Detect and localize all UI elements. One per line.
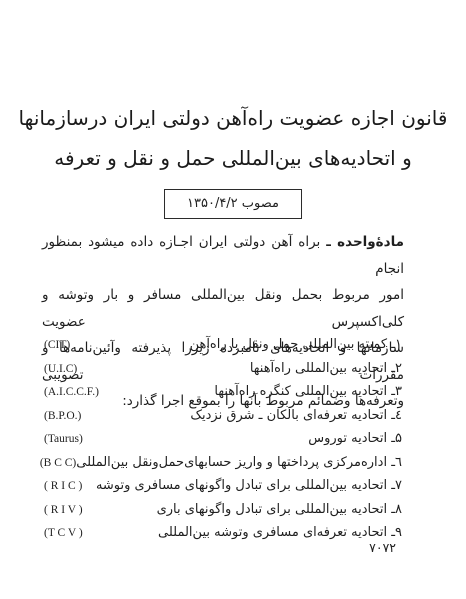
org-row: ۱ـ کمیته بین‌المللی حمل ونقل با راه‌آهن …	[44, 333, 402, 357]
org-name: ٤ـ اتحادیه تعرفه‌ای بالکان ـ شرق نزدیک	[190, 404, 402, 428]
org-list: ۱ـ کمیته بین‌المللی حمل ونقل با راه‌آهن …	[44, 333, 402, 545]
org-row: ۷ـ اتحادیه بین‌المللی برای تبادل واگونها…	[44, 474, 402, 498]
org-row: ۳ـ اتحادیه بین‌المللی کنگره راه‌آهنها (A…	[44, 380, 402, 404]
page-title-line-1: قانون اجازه عضویت راه‌آهن دولتی ایران در…	[0, 98, 466, 138]
org-row: ۸ـ اتحادیه بین‌المللی برای تبادل واگونها…	[44, 498, 402, 522]
page-title-line-2: و اتحادیه‌های بین‌المللی حمل و نقل و تعر…	[0, 138, 466, 178]
org-row: ٦ـ اداره‌مرکزی پرداختها و واریز حسابهای‌…	[44, 451, 402, 475]
org-code: ( R I V )	[44, 499, 83, 523]
org-name: ۳ـ اتحادیه بین‌المللی کنگره راه‌آهنها	[214, 380, 402, 404]
article-line: مادۀواحده ـ براه آهن دولتی ایران اجـازه …	[42, 229, 404, 282]
org-row: ۹ـ اتحادیه تعرفه‌ای مسافری وتوشه بین‌الم…	[44, 521, 402, 545]
article-line: امور مربوط بحمل ونقل بین‌المللی مسافر و …	[42, 282, 404, 335]
org-code: ( R I C )	[44, 475, 82, 499]
org-name: ۵ـ اتحادیه توروس	[308, 427, 402, 451]
org-code: (A.I.C.C.F.)	[44, 381, 99, 405]
org-name: ۹ـ اتحادیه تعرفه‌ای مسافری وتوشه بین‌الم…	[158, 521, 402, 545]
org-name: ۲ـ اتحادیه بین‌المللی راه‌آهنها	[250, 357, 402, 381]
page-title: قانون اجازه عضویت راه‌آهن دولتی ایران در…	[0, 98, 466, 178]
org-name: ٦ـ اداره‌مرکزی پرداختها و واریز حسابهای‌…	[76, 451, 402, 475]
document-page: قانون اجازه عضویت راه‌آهن دولتی ایران در…	[0, 0, 466, 599]
approval-stamp: مصوب ۱۳۵۰/۴/۲	[164, 189, 302, 219]
org-code: (B.P.O.)	[44, 405, 81, 429]
org-code: (Taurus)	[44, 428, 83, 452]
org-row: ٤ـ اتحادیه تعرفه‌ای بالکان ـ شرق نزدیک (…	[44, 404, 402, 428]
org-code: (B C C)	[40, 452, 76, 476]
org-row: ۲ـ اتحادیه بین‌المللی راه‌آهنها (U.I.C)	[44, 357, 402, 381]
org-code: (T C V )	[44, 522, 83, 546]
org-name: ۱ـ کمیته بین‌المللی حمل ونقل با راه‌آهن	[190, 333, 402, 357]
org-code: (CIT)	[44, 334, 70, 358]
org-name: ۸ـ اتحادیه بین‌المللی برای تبادل واگونها…	[157, 498, 402, 522]
org-name: ۷ـ اتحادیه بین‌المللی برای تبادل واگونها…	[96, 474, 402, 498]
org-code: (U.I.C)	[44, 358, 77, 382]
article-lead: مادۀواحده ـ	[326, 234, 404, 250]
page-number: ۷۰۷۲	[369, 540, 396, 555]
org-row: ۵ـ اتحادیه توروس (Taurus)	[44, 427, 402, 451]
